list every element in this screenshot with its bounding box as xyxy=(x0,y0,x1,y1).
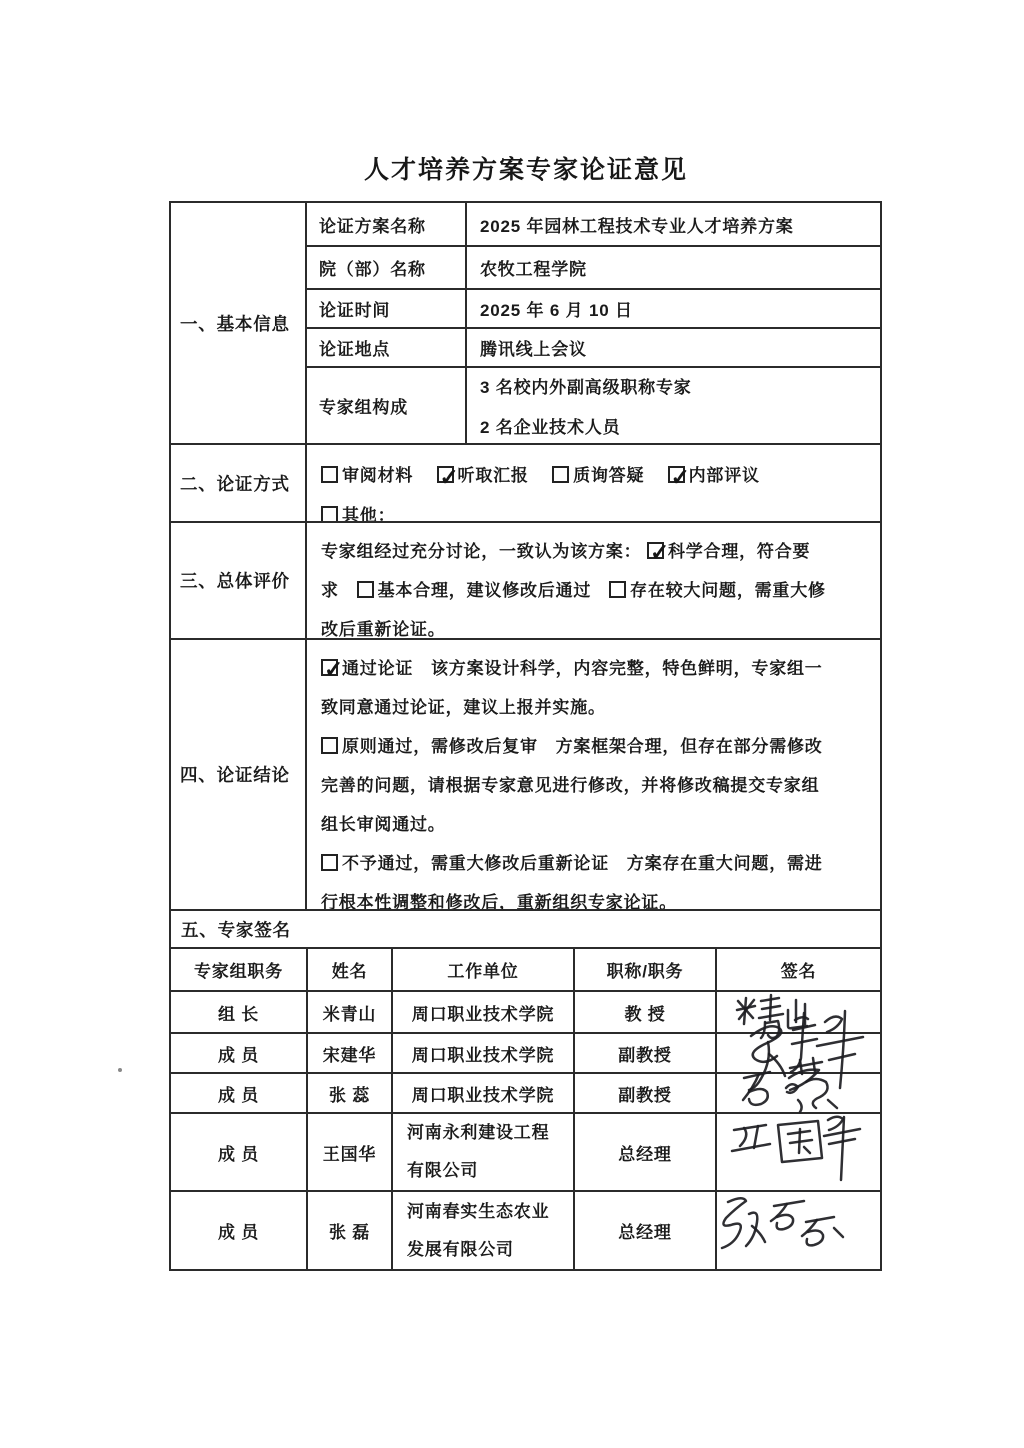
col-header-role: 专家组职务 xyxy=(171,949,308,992)
field-value-plan-name: 2025 年园林工程技术专业人才培养方案 xyxy=(467,203,880,247)
text-line: 专家组经过充分讨论，一致认为该方案： 科学合理，符合要 xyxy=(321,532,866,571)
text-run: 基本合理，建议修改后通过 xyxy=(378,581,609,600)
text-run: 其他： xyxy=(342,506,395,521)
checkbox-unchecked[interactable] xyxy=(321,854,338,871)
text-line: 审阅材料 听取汇报 质询答疑 内部评议 xyxy=(321,456,866,496)
expert-name: 张 磊 xyxy=(308,1192,393,1269)
text-run: 质询答疑 xyxy=(573,466,668,485)
signature-table: 专家组职务 姓名 工作单位 职称/职务 签名 组 长 米青山 周口职业技术学院 … xyxy=(171,949,880,1269)
expert-org: 河南永利建设工程有限公司 xyxy=(393,1114,575,1192)
text-line: 求 基本合理，建议修改后通过 存在较大问题，需重大修 xyxy=(321,571,866,610)
blank-underline xyxy=(403,509,498,521)
text-line: 完善的问题，请根据专家意见进行修改，并将修改稿提交专家组 xyxy=(321,766,866,805)
expert-signature-cell xyxy=(717,1192,880,1269)
conclusion-text: 通过论证 该方案设计科学，内容完整，特色鲜明，专家组一致同意通过论证，建议上报并… xyxy=(307,640,880,909)
checkbox-checked[interactable] xyxy=(647,542,664,559)
expert-org: 周口职业技术学院 xyxy=(393,992,575,1034)
text-run: 组长审阅通过。 xyxy=(321,815,446,834)
text-run: 听取汇报 xyxy=(458,466,553,485)
expert-name: 米青山 xyxy=(308,992,393,1034)
scan-speck xyxy=(118,1068,122,1072)
field-label-review-place: 论证地点 xyxy=(307,329,467,368)
text-line: 其他： xyxy=(321,496,866,521)
expert-role: 成 员 xyxy=(171,1074,308,1114)
text-line: 行根本性调整和修改后，重新组织专家论证。 xyxy=(321,883,866,909)
expert-title: 总经理 xyxy=(575,1114,717,1192)
field-value-review-place: 腾讯线上会议 xyxy=(467,329,880,368)
text-run: 求 xyxy=(321,581,357,600)
section-label-evaluation: 三、总体评价 xyxy=(171,523,307,638)
checkbox-unchecked[interactable] xyxy=(609,581,626,598)
field-label-department: 院（部）名称 xyxy=(307,247,467,290)
expert-role: 组 长 xyxy=(171,992,308,1034)
col-header-org: 工作单位 xyxy=(393,949,575,992)
col-header-name: 姓名 xyxy=(308,949,393,992)
expert-role: 成 员 xyxy=(171,1114,308,1192)
expert-title: 副教授 xyxy=(575,1074,717,1114)
expert-name: 宋建华 xyxy=(308,1034,393,1074)
text-run: 原则通过，需修改后复审 方案框架合理，但存在部分需修改 xyxy=(342,737,823,756)
checkbox-unchecked[interactable] xyxy=(321,737,338,754)
document-title: 人才培养方案专家论证意见 xyxy=(170,150,882,186)
col-header-title: 职称/职务 xyxy=(575,949,717,992)
text-line: 致同意通过论证，建议上报并实施。 xyxy=(321,688,866,727)
text-run: 存在较大问题，需重大修 xyxy=(630,581,826,600)
text-line: 改后重新论证。 xyxy=(321,610,866,638)
text-run: 改后重新论证。 xyxy=(321,620,446,638)
text-line: 组长审阅通过。 xyxy=(321,805,866,844)
section-label-basic-info: 一、基本信息 xyxy=(171,203,307,443)
text-line: 通过论证 该方案设计科学，内容完整，特色鲜明，专家组一 xyxy=(321,649,866,688)
text-run: 完善的问题，请根据专家意见进行修改，并将修改稿提交专家组 xyxy=(321,776,819,795)
expert-org: 周口职业技术学院 xyxy=(393,1034,575,1074)
text-run: 科学合理，符合要 xyxy=(668,542,810,561)
checkbox-checked[interactable] xyxy=(668,466,685,483)
checkbox-unchecked[interactable] xyxy=(321,466,338,483)
expert-signature-cell xyxy=(717,1114,880,1192)
panel-composition-line-1: 3 名校内外副高级职称专家 xyxy=(480,373,692,398)
text-run: 致同意通过论证，建议上报并实施。 xyxy=(321,698,606,717)
field-value-panel-composition: 3 名校内外副高级职称专家 2 名企业技术人员 xyxy=(467,368,880,443)
checkbox-checked[interactable] xyxy=(321,659,338,676)
expert-title: 教 授 xyxy=(575,992,717,1034)
text-line: 不予通过，需重大修改后重新论证 方案存在重大问题，需进 xyxy=(321,844,866,883)
field-value-department: 农牧工程学院 xyxy=(467,247,880,290)
panel-composition-line-2: 2 名企业技术人员 xyxy=(480,413,620,438)
expert-signature-cell xyxy=(717,1034,880,1074)
section-label-signatures: 五、专家签名 xyxy=(171,911,880,949)
section-label-conclusion: 四、论证结论 xyxy=(171,640,307,909)
checkbox-unchecked[interactable] xyxy=(357,581,374,598)
review-form-table: 一、基本信息 论证方案名称 2025 年园林工程技术专业人才培养方案 院（部）名… xyxy=(169,201,882,1271)
expert-org: 河南春实生态农业发展有限公司 xyxy=(393,1192,575,1269)
checkbox-unchecked[interactable] xyxy=(552,466,569,483)
text-run: 审阅材料 xyxy=(342,466,437,485)
text-line: 原则通过，需修改后复审 方案框架合理，但存在部分需修改 xyxy=(321,727,866,766)
checkbox-checked[interactable] xyxy=(437,466,454,483)
expert-org: 周口职业技术学院 xyxy=(393,1074,575,1114)
section-evaluation: 三、总体评价 专家组经过充分讨论，一致认为该方案： 科学合理，符合要求 基本合理… xyxy=(171,523,880,640)
scanned-document-page: 人才培养方案专家论证意见 一、基本信息 论证方案名称 2025 年园林工程技术专… xyxy=(0,0,1024,1448)
expert-name: 王国华 xyxy=(308,1114,393,1192)
field-label-panel-composition: 专家组构成 xyxy=(307,368,467,443)
expert-role: 成 员 xyxy=(171,1192,308,1269)
expert-signature-cell xyxy=(717,1074,880,1114)
expert-title: 副教授 xyxy=(575,1034,717,1074)
text-run: 内部评议 xyxy=(689,466,760,485)
section-conclusion: 四、论证结论 通过论证 该方案设计科学，内容完整，特色鲜明，专家组一致同意通过论… xyxy=(171,640,880,911)
section-basic-info: 一、基本信息 论证方案名称 2025 年园林工程技术专业人才培养方案 院（部）名… xyxy=(171,203,880,445)
expert-signature-cell xyxy=(717,992,880,1034)
section-label-method: 二、论证方式 xyxy=(171,445,307,521)
field-value-review-time: 2025 年 6 月 10 日 xyxy=(467,290,880,329)
method-options: 审阅材料 听取汇报 质询答疑 内部评议其他： xyxy=(307,445,880,521)
expert-name: 张 蕊 xyxy=(308,1074,393,1114)
expert-title: 总经理 xyxy=(575,1192,717,1269)
text-run: 行根本性调整和修改后，重新组织专家论证。 xyxy=(321,893,677,909)
field-label-review-time: 论证时间 xyxy=(307,290,467,329)
text-run: 通过论证 该方案设计科学，内容完整，特色鲜明，专家组一 xyxy=(342,659,823,678)
evaluation-text: 专家组经过充分讨论，一致认为该方案： 科学合理，符合要求 基本合理，建议修改后通… xyxy=(307,523,880,638)
col-header-signature: 签名 xyxy=(717,949,880,992)
expert-role: 成 员 xyxy=(171,1034,308,1074)
field-label-plan-name: 论证方案名称 xyxy=(307,203,467,247)
checkbox-unchecked[interactable] xyxy=(321,506,338,521)
text-run: 不予通过，需重大修改后重新论证 方案存在重大问题，需进 xyxy=(342,854,823,873)
section-method: 二、论证方式 审阅材料 听取汇报 质询答疑 内部评议其他： xyxy=(171,445,880,523)
text-run: 专家组经过充分讨论，一致认为该方案： xyxy=(321,542,647,561)
